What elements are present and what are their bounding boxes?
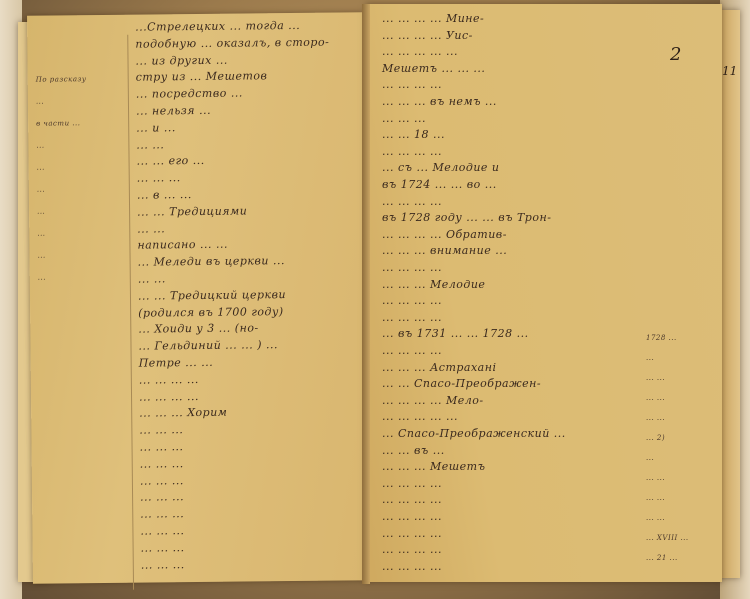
- margin-note: ... ...: [646, 414, 665, 422]
- handwritten-line: ... ... ... ...: [382, 477, 442, 490]
- handwritten-line: ... ... ...: [141, 541, 185, 554]
- margin-note: в части ...: [36, 119, 80, 127]
- handwritten-line: ... ...: [138, 272, 166, 285]
- page-number: 2: [670, 44, 681, 65]
- handwritten-line: ... ... ... ...: [382, 527, 442, 540]
- margin-note: ...: [37, 208, 45, 216]
- handwritten-line: ... ... ...: [140, 507, 184, 520]
- margin-note: ... ...: [646, 514, 665, 522]
- margin-note: ...: [37, 186, 45, 194]
- margin-note: ... ...: [646, 394, 665, 402]
- handwritten-line: ... ... ... Хорим: [139, 406, 227, 420]
- handwritten-line: ... ... Тредициями: [137, 204, 247, 218]
- margin-fold-line: [127, 35, 134, 590]
- handwritten-line: ... Меледи въ церкви ...: [138, 254, 285, 269]
- margin-note: ... ...: [646, 494, 665, 502]
- margin-note: ...: [38, 274, 46, 282]
- handwritten-line: ... ... ... ...: [382, 560, 442, 573]
- handwritten-line: ... съ ... Мелодие и: [382, 161, 500, 174]
- handwritten-line: ... ... Тредицкий церкви: [138, 288, 286, 303]
- margin-note: По разсказу: [36, 75, 87, 84]
- handwritten-line: ... ... ... ...: [382, 294, 442, 307]
- margin-note: 1728 ...: [646, 334, 677, 342]
- handwritten-line: ... Хоиди у 3 ... (но-: [138, 322, 258, 336]
- handwritten-line: ... ... ...: [140, 524, 184, 537]
- margin-note: ...: [37, 230, 45, 238]
- handwritten-line: Петре ... ...: [139, 356, 214, 370]
- margin-note: ... 2): [646, 434, 665, 442]
- handwritten-line: Мешетъ ... ... ...: [382, 62, 485, 75]
- margin-note: ...: [37, 164, 45, 172]
- handwritten-line: ... ... ... Мелодие: [382, 278, 485, 291]
- handwritten-line: въ 1728 году ... ... въ Трон-: [382, 211, 551, 224]
- handwritten-line: ... ... Спасо-Преображен-: [382, 377, 541, 390]
- margin-note: ...: [646, 454, 654, 462]
- handwritten-line: ... ... ... ...: [382, 78, 442, 91]
- handwritten-line: ... ... ... ... Обратив-: [382, 228, 507, 241]
- margin-note: ...: [36, 142, 44, 150]
- margin-note: ... ...: [646, 474, 665, 482]
- handwritten-line: ... ... ... Астраханi: [382, 361, 497, 374]
- handwritten-line: ... ... 18 ...: [382, 128, 445, 141]
- handwritten-line: ... ... ... ... Уис-: [382, 29, 473, 42]
- handwritten-line: ... и ...: [136, 121, 176, 134]
- handwritten-line: ... ... ...: [139, 440, 183, 453]
- handwritten-line: ... ... ...: [141, 558, 185, 571]
- handwritten-line: въ 1724 ... ... во ...: [382, 178, 497, 191]
- handwritten-line: ... ... ... ...: [382, 493, 442, 506]
- handwritten-line: ... ... ...: [139, 423, 183, 436]
- handwritten-line: ... в ... ...: [137, 188, 192, 202]
- handwritten-line: ... ... ... въ немъ ...: [382, 95, 497, 108]
- left-manuscript-page: По разсказу...в части ..................…: [27, 12, 369, 583]
- margin-note: ... XVIII ...: [646, 534, 689, 542]
- handwritten-line: ... ... въ ...: [382, 444, 445, 457]
- handwritten-line: ... ... ...: [140, 457, 184, 470]
- handwritten-line: ... ... ... ... ...: [382, 45, 458, 58]
- handwritten-line: ... ... ...: [140, 474, 184, 487]
- margin-note: ...: [36, 98, 44, 106]
- right-manuscript-page: 2 ... ... ... ... Мине-... ... ... ... У…: [366, 4, 722, 582]
- handwritten-line: (родился въ 1700 году): [138, 305, 284, 320]
- binding-fold: [362, 4, 370, 584]
- handwritten-line: ... ... ... ...: [139, 390, 199, 404]
- handwritten-line: ... из других ...: [135, 53, 227, 67]
- margin-note: ...: [38, 252, 46, 260]
- handwritten-line: ... ... ... ...: [382, 195, 442, 208]
- margin-note: ...: [646, 354, 654, 362]
- handwritten-line: ... ... ... ... ...: [382, 410, 458, 423]
- handwritten-line: подобную ... оказалъ, в сторо-: [135, 35, 329, 50]
- handwritten-line: ... ... ... ...: [382, 311, 442, 324]
- handwritten-line: ... ... ... Мешетъ: [382, 460, 485, 473]
- handwritten-line: ... ... ... ...: [139, 373, 199, 387]
- handwritten-line: ... нельзя ...: [136, 104, 211, 118]
- handwritten-line: ... ...: [136, 138, 164, 151]
- margin-note: ... 21 ...: [646, 554, 678, 562]
- handwritten-line: ... ... ... ...: [382, 543, 442, 556]
- handwritten-line: ... ... его ...: [136, 154, 204, 168]
- handwritten-line: ... ... ... ...: [382, 510, 442, 523]
- handwritten-line: ... Гельдиний ... ... ) ...: [138, 338, 278, 352]
- handwritten-line: ...Стрелецких ... тогда ...: [135, 19, 300, 34]
- handwritten-line: ... Спасо-Преображенский ...: [382, 427, 566, 440]
- handwritten-line: ... ... ...: [137, 171, 181, 184]
- handwritten-line: ... ... ...: [140, 491, 184, 504]
- handwritten-line: ... посредство ...: [136, 87, 243, 101]
- handwritten-line: написано ... ...: [137, 238, 228, 252]
- edge-page-number: 11: [722, 64, 737, 78]
- handwritten-line: ... въ 1731 ... ... 1728 ...: [382, 327, 529, 340]
- handwritten-line: ... ... ... ... Мело-: [382, 394, 484, 407]
- handwritten-line: ... ... ... внимание ...: [382, 244, 507, 257]
- margin-note: ... ...: [646, 374, 665, 382]
- handwritten-line: ... ... ...: [382, 112, 426, 125]
- handwritten-line: ... ... ... ... Мине-: [382, 12, 484, 25]
- handwritten-line: ... ... ... ...: [382, 145, 442, 158]
- handwritten-line: ... ...: [137, 222, 165, 235]
- handwritten-line: стру из ... Мешетов: [136, 70, 268, 84]
- handwritten-line: ... ... ... ...: [382, 344, 442, 357]
- handwritten-line: ... ... ... ...: [382, 261, 442, 274]
